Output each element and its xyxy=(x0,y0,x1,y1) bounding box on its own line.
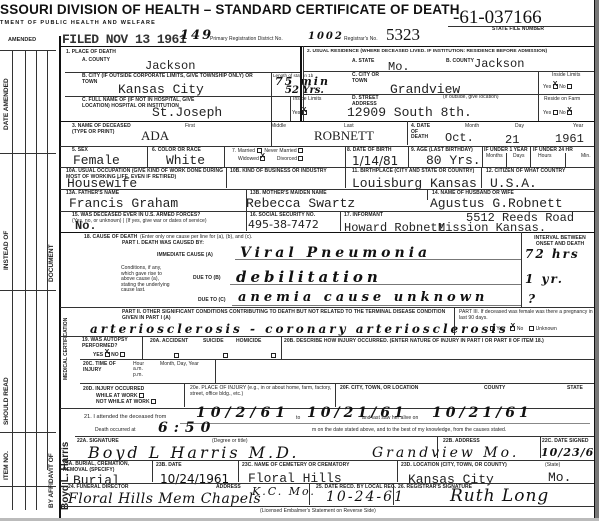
autopsy-yes-checkbox[interactable] xyxy=(105,352,110,357)
autopsy-no-checkbox[interactable] xyxy=(120,352,125,357)
accident-checkbox[interactable] xyxy=(174,353,179,358)
date-signed-value: 10/23/61 xyxy=(541,446,599,459)
pregnancy-unknown-checkbox[interactable] xyxy=(529,326,534,331)
res-county-value: Jackson xyxy=(474,58,524,70)
not-while-at-work-group: NOT WHILE AT WORK xyxy=(96,399,156,405)
res-farm-no-checkbox[interactable] xyxy=(567,110,572,115)
business-label: 10b. KIND OF BUSINESS OR INDUSTRY xyxy=(230,169,327,175)
suicide-label: SUICIDE xyxy=(203,339,224,345)
accident-label: 20a. ACCIDENT xyxy=(150,339,188,345)
conditions-note: Conditions, if any, which gave rise to a… xyxy=(121,266,171,294)
res-street-value: 12909 South 8th. xyxy=(347,107,472,119)
divorced-label: Divorced xyxy=(277,156,297,162)
place-of-injury-label: 20e. PLACE OF INJURY (e.g., in or about … xyxy=(190,386,340,397)
never-married-checkbox[interactable] xyxy=(298,148,303,153)
death-day-value: 21 xyxy=(505,134,519,146)
last-name-value: ROBNETT xyxy=(314,130,374,142)
residence-label: 2. USUAL RESIDENCE (Where deceased lived… xyxy=(307,49,597,55)
res-state-label: a. STATE xyxy=(352,59,374,65)
month-label: Month xyxy=(465,124,479,130)
document-label: DOCUMENT xyxy=(48,244,55,282)
res-inside-no-label: No xyxy=(559,84,566,90)
date-amended-label: DATE AMENDED xyxy=(3,78,10,130)
reg-district-value: 149 xyxy=(180,28,213,43)
death-month-value: Oct. xyxy=(445,132,474,144)
certifier-address-label: 22b. ADDRESS xyxy=(443,439,480,445)
middle-label: Middle xyxy=(271,124,286,130)
instead-of-label: INSTEAD OF xyxy=(3,231,10,270)
death-occurred-suffix: m on the date stated above, and to the b… xyxy=(312,428,506,434)
res-farm-label: Reside on Farm xyxy=(544,97,580,103)
race-value: White xyxy=(166,155,205,167)
describe-injury-label: 20b. DESCRIBE HOW INJURY OCCURRED. (Ente… xyxy=(284,339,544,345)
place-of-death-label: 1. PLACE OF DEATH xyxy=(66,50,116,56)
dob-label: 8. DATE OF BIRTH xyxy=(347,148,392,154)
res-farm-yes-checkbox[interactable] xyxy=(553,110,558,115)
res-inside-yes-label: Yes xyxy=(543,84,551,90)
res-farm-no-label: No xyxy=(559,110,566,116)
days-label: Days xyxy=(513,154,525,160)
death-occurred-time: 6:50 xyxy=(158,420,216,436)
mother-value: Rebecca Swartz xyxy=(246,198,355,210)
scan-edge-right xyxy=(595,0,599,521)
autopsy-options: YES NO xyxy=(93,352,125,358)
pregnancy-yes-label: Yes xyxy=(496,326,504,332)
item-no-label: ITEM NO. xyxy=(3,451,10,480)
armed-forces-value: No. xyxy=(75,220,97,232)
funeral-director-label: 24. FUNERAL DIRECTOR xyxy=(68,485,129,491)
should-read-label: SHOULD READ xyxy=(3,377,10,425)
first-label: First xyxy=(185,124,195,130)
immediate-interval-value: 72 hrs xyxy=(525,247,580,261)
never-married-label: Never Married xyxy=(264,148,296,154)
department-subtitle: TMENT OF PUBLIC HEALTH AND WELFARE xyxy=(0,20,156,26)
name-label: 3. NAME OF DECEASED (Type or print) xyxy=(72,124,132,135)
date-signed-label: 22c. DATE SIGNED xyxy=(542,439,589,445)
pod-city-value: Kansas City xyxy=(118,84,204,96)
homicide-label: HOMICIDE xyxy=(236,339,261,345)
part2-label: PART II. OTHER SIGNIFICANT CONDITIONS CO… xyxy=(122,310,462,321)
widowed-label: Widowed xyxy=(238,156,259,162)
res-farm-options: Yes No xyxy=(543,110,572,116)
due-to-c-label: DUE TO (c) xyxy=(198,298,226,304)
min-label: Min. xyxy=(581,154,591,160)
ssn-value: 495-38-7472 xyxy=(248,219,319,231)
state-file-label: STATE FILE NUMBER xyxy=(492,27,544,33)
pregnancy-yes-checkbox[interactable] xyxy=(490,326,495,331)
certifier-address-value: Grandview Mo. xyxy=(372,445,519,461)
certificate-title: SSOURI DIVISION OF HEALTH – STANDARD CER… xyxy=(0,2,460,17)
hours-label: Hours xyxy=(538,154,552,160)
last-saw-value: 10/21/61 xyxy=(432,405,533,421)
burial-date-label: 23b. DATE xyxy=(156,463,182,469)
pregnancy-no-checkbox[interactable] xyxy=(510,326,515,331)
time-of-injury-label: 20c. TIME OF INJURY xyxy=(83,362,123,373)
burial-state-label: (State) xyxy=(545,463,560,469)
primary-reg-value: 1002 xyxy=(308,31,344,42)
part1-label: PART I. DEATH WAS CAUSED BY: xyxy=(122,241,204,247)
res-inside-limits-label: Inside Limits xyxy=(552,73,580,79)
year-label: Year xyxy=(573,124,583,130)
burial-label: 23a. BURIAL, CREMATION, REMOVAL (Specify… xyxy=(63,462,153,473)
months-label: Months xyxy=(486,154,503,160)
not-while-at-work-checkbox[interactable] xyxy=(151,399,156,404)
attended-label: 21. I attended the deceased from xyxy=(84,415,166,421)
date-of-death-label: 4. DATE OF DEATH xyxy=(411,124,433,141)
res-county-label: b. COUNTY xyxy=(446,59,474,65)
res-farm-yes-label: Yes xyxy=(543,110,551,116)
injury-city-label: 20f. CITY, TOWN, OR LOCATION xyxy=(340,386,418,392)
death-year-value: 1961 xyxy=(555,133,584,145)
autopsy-yes-label: YES xyxy=(93,352,103,358)
res-inside-no-checkbox[interactable] xyxy=(567,84,572,89)
marital-status-group: 7. Married Never Married xyxy=(232,148,303,154)
while-at-work-checkbox[interactable] xyxy=(139,393,144,398)
res-outside-note: (If outside, give location) xyxy=(443,95,499,101)
married-label: Married xyxy=(238,148,255,154)
due-to-c-interval: ? xyxy=(528,292,537,306)
director-address-label: ADDRESS xyxy=(216,485,241,491)
death-occurred-label: Death occurred at xyxy=(95,428,136,434)
interval-label: INTERVAL BETWEEN ONSET AND DEATH xyxy=(530,236,590,247)
registrar-signature-value[interactable]: Ruth Long xyxy=(450,486,549,506)
res-inside-options: Yes No xyxy=(543,84,572,90)
director-address-value: K.C. Mo. xyxy=(252,485,316,498)
ampm-label: a.m. p.m. xyxy=(133,367,145,378)
registrar-value: 5323 xyxy=(386,25,420,45)
father-value: Francis Graham xyxy=(69,198,178,210)
amended-label: AMENDED xyxy=(8,38,36,44)
injury-state-label: STATE xyxy=(567,386,583,392)
part2-value: arteriosclerosis - coronary arterioscler… xyxy=(90,322,509,336)
res-city-label: c. CITY OR TOWN xyxy=(352,73,382,84)
divorced-checkbox[interactable] xyxy=(298,156,303,161)
pod-inside-limits-label: Inside Limits xyxy=(293,97,321,103)
due-to-b-interval: 1 yr. xyxy=(525,272,564,286)
due-to-b-label: DUE TO (b) xyxy=(193,276,221,282)
embalmer-note: (Licensed Embalmer's Statement on Revers… xyxy=(260,509,376,515)
injury-occurred-label: 20d. INJURY OCCURRED xyxy=(83,387,144,393)
informant-label: 17. INFORMANT xyxy=(344,213,383,219)
not-while-at-work-label: NOT WHILE AT WORK xyxy=(96,399,150,405)
by-affidavit-label: BY AFFIDAVIT OF xyxy=(48,453,55,508)
last-saw-label: and last saw her alive on xyxy=(362,416,418,422)
attended-from-value: 10/2/61 xyxy=(196,405,290,421)
immediate-cause-label: IMMEDIATE CAUSE (a) xyxy=(157,253,213,259)
mdy-label: Month, Day, Year xyxy=(160,362,199,368)
sex-value: Female xyxy=(73,155,120,167)
age-value: 80 Yrs. xyxy=(426,155,481,167)
hospital-value: St.Joseph xyxy=(152,107,222,119)
injury-county-label: COUNTY xyxy=(484,386,505,392)
citizen-label: 12. CITIZEN OF WHAT COUNTRY xyxy=(486,169,565,175)
widowed-checkbox[interactable] xyxy=(260,156,265,161)
marital-label: 7. xyxy=(232,148,236,154)
res-inside-yes-checkbox[interactable] xyxy=(553,84,558,89)
registrar-label: Registrar's No. xyxy=(344,37,378,43)
autopsy-label: 19. WAS AUTOPSY PERFORMED? xyxy=(82,338,132,349)
pregnancy-options: Yes No Unknown xyxy=(490,326,557,332)
cemetery-label: 23c. NAME OF CEMETERY OR CREMATORY xyxy=(242,463,349,469)
pregnancy-unknown-label: Unknown xyxy=(536,326,557,332)
pod-county-value: Jackson xyxy=(145,60,195,72)
pod-county-label: a. COUNTY xyxy=(82,58,110,64)
part3-label: PART III. If deceased was female was the… xyxy=(459,310,596,321)
birthplace-label: 11. BIRTHPLACE (City and state or countr… xyxy=(352,169,474,175)
day-label: Day xyxy=(515,124,524,130)
spouse-value: Agustus G.Robnett xyxy=(430,198,563,210)
marital-status-group-2: Widowed Divorced xyxy=(238,156,303,162)
first-name-value: ADA xyxy=(141,130,169,142)
location-label: 23d. LOCATION (City, town, or county) xyxy=(401,463,507,469)
autopsy-no-label: NO xyxy=(111,352,119,358)
homicide-checkbox[interactable] xyxy=(271,353,276,358)
medical-certification-label: MEDICAL CERTIFICATION xyxy=(63,318,69,380)
due-to-c-value: anemia cause unknown xyxy=(238,290,488,305)
primary-reg-label: Primary Registration District No. xyxy=(210,37,283,43)
suicide-checkbox[interactable] xyxy=(223,353,228,358)
pregnancy-no-label: No xyxy=(517,326,524,332)
funeral-director-value: Floral Hills Mem Chapels xyxy=(68,491,261,507)
to-label: to xyxy=(296,416,300,422)
filed-stamp: FILED NOV 13 1961 xyxy=(62,32,186,47)
dob-value: 1/14/81 xyxy=(352,155,398,167)
